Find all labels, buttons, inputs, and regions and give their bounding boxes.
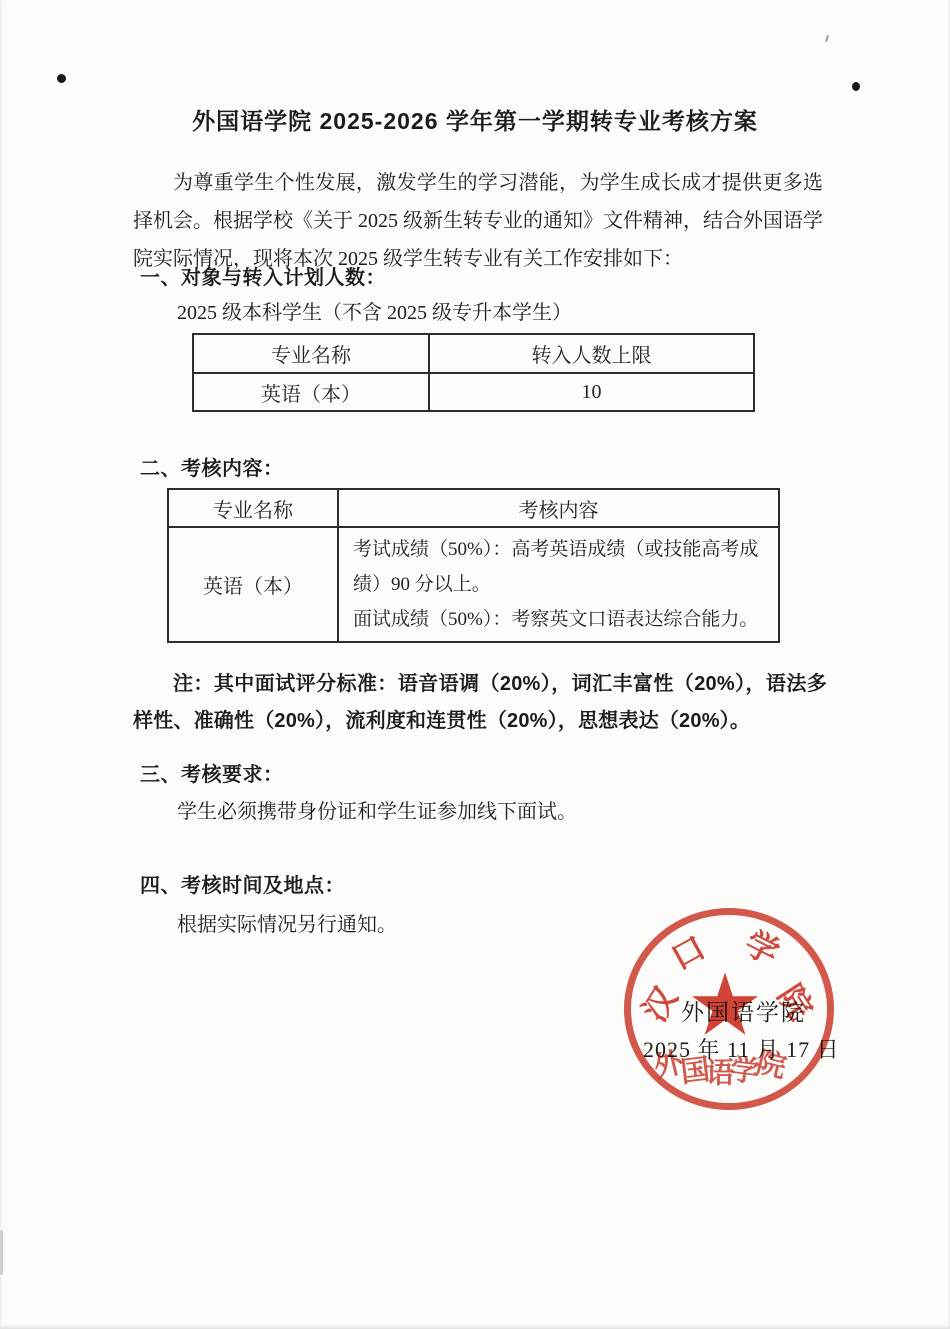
table-row: 英语（本） 10	[193, 373, 754, 411]
scan-dot-left	[57, 74, 66, 83]
section-1-heading: 一、对象与转入计划人数：	[140, 263, 386, 293]
content-col-content-header: 考核内容	[338, 489, 779, 527]
section-4-heading: 四、考核时间及地点：	[140, 871, 345, 901]
interview-score-line: 面试成绩（50%）：考察英文口语表达综合能力。	[353, 602, 766, 637]
seal-arc-char: 口	[661, 922, 713, 979]
signature-date: 2025 年 11 月 17 日	[643, 1033, 840, 1064]
plan-col-major-header: 专业名称	[193, 334, 429, 373]
plan-col-limit-header: 转入人数上限	[429, 334, 754, 373]
section-4-body: 根据实际情况另行通知。	[177, 910, 397, 940]
section-2-heading: 二、考核内容：	[140, 454, 284, 484]
signature-org: 外国语学院	[681, 994, 806, 1027]
assessment-content-table: 专业名称 考核内容 英语（本） 考试成绩（50%）：高考英语成绩（或技能高考成绩…	[167, 488, 780, 643]
content-major-cell: 英语（本）	[168, 527, 338, 642]
section-3-body: 学生必须携带身份证和学生证参加线下面试。	[177, 797, 577, 827]
scan-tick-mark	[825, 35, 829, 42]
document-page: 外国语学院 2025-2026 学年第一学期转专业考核方案 为尊重学生个性发展，…	[0, 0, 950, 1329]
content-detail-cell: 考试成绩（50%）：高考英语成绩（或技能高考成绩）90 分以上。 面试成绩（50…	[338, 527, 779, 642]
seal-arc-char: 学	[738, 918, 789, 975]
scan-edge-smudge	[0, 1230, 3, 1275]
section-3-heading: 三、考核要求：	[140, 760, 284, 790]
table-row: 英语（本） 考试成绩（50%）：高考英语成绩（或技能高考成绩）90 分以上。 面…	[168, 527, 779, 642]
plan-limit-cell: 10	[429, 373, 754, 411]
seal-arc-char: 汉	[629, 977, 686, 1030]
transfer-plan-table: 专业名称 转入人数上限 英语（本） 10	[192, 333, 755, 412]
table-header-row: 专业名称 转入人数上限	[193, 334, 754, 373]
page-title: 外国语学院 2025-2026 学年第一学期转专业考核方案	[0, 106, 950, 136]
interview-criteria-note: 注：其中面试评分标准：语音语调（20%），词汇丰富性（20%），语法多样性、准确…	[133, 666, 827, 740]
section-1-body: 2025 级本科学生（不含 2025 级专升本学生）	[177, 298, 572, 328]
exam-score-line: 考试成绩（50%）：高考英语成绩（或技能高考成绩）90 分以上。	[353, 532, 766, 602]
content-col-major-header: 专业名称	[168, 489, 338, 527]
scan-dot-right	[852, 82, 860, 91]
intro-paragraph: 为尊重学生个性发展，激发学生的学习潜能，为学生成长成才提供更多选择机会。根据学校…	[133, 164, 823, 278]
plan-major-cell: 英语（本）	[193, 373, 429, 411]
table-header-row: 专业名称 考核内容	[168, 489, 779, 527]
